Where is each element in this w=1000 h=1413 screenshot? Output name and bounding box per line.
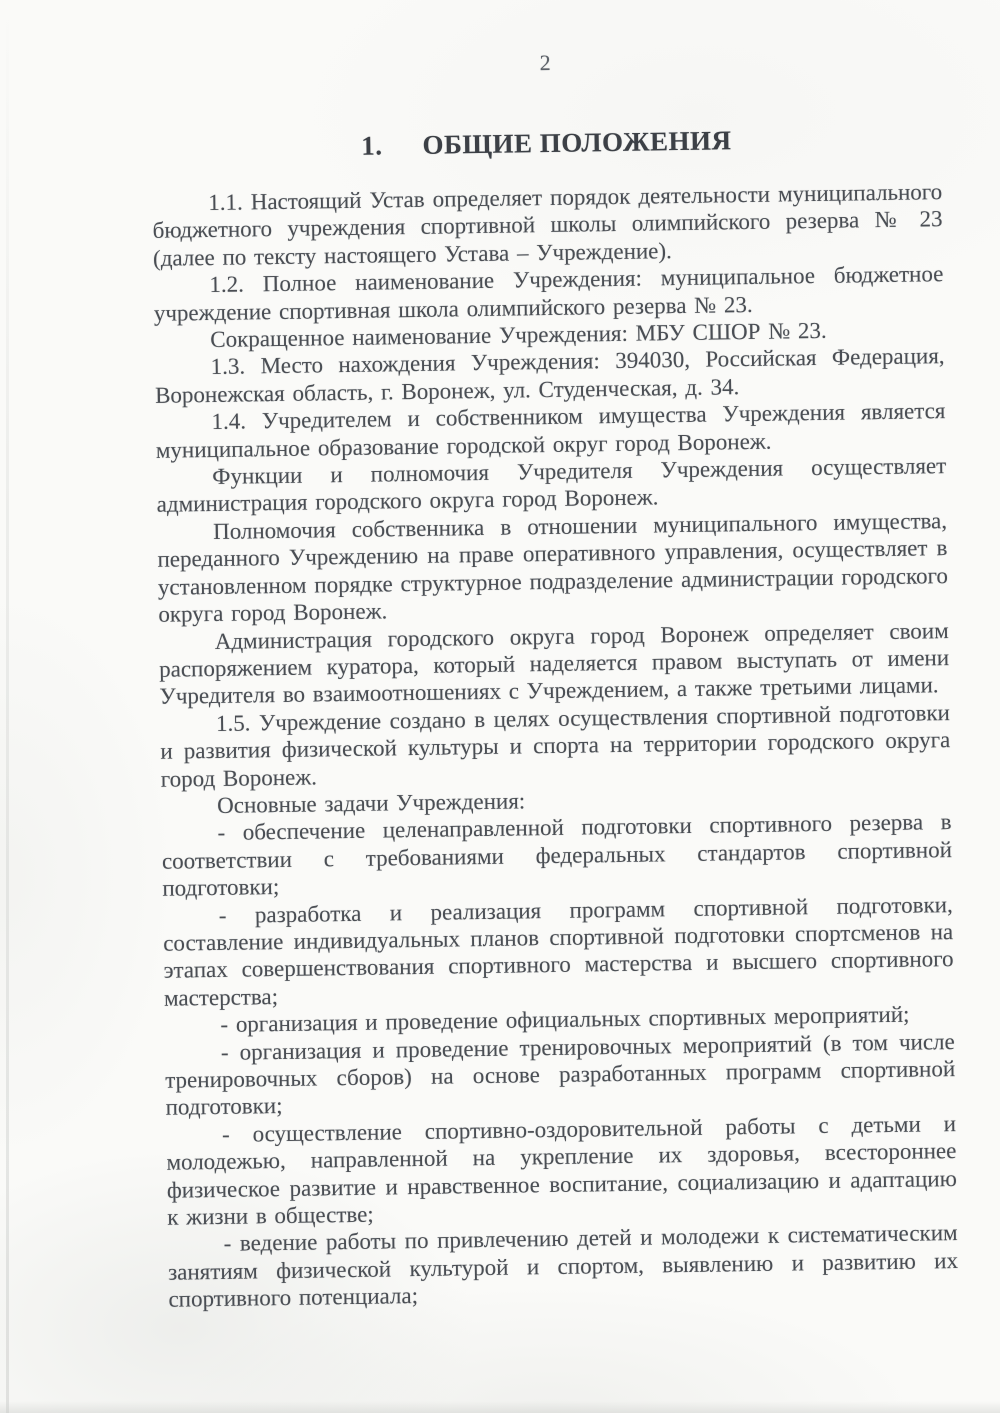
paragraph: - обеспечение целенаправленной подготовк… xyxy=(161,808,952,902)
paragraph: - разработка и реализация программ спорт… xyxy=(163,891,955,1012)
paragraph: Полномочия собственника в отношении муни… xyxy=(157,507,949,628)
paragraph: 1.1. Настоящий Устав определяет порядок … xyxy=(152,178,943,272)
document-body: 1.1. Настоящий Устав определяет порядок … xyxy=(152,178,959,1313)
paragraph: 1.5. Учреждение создано в целях осуществ… xyxy=(160,699,951,793)
section-heading-number: 1. xyxy=(361,128,383,162)
section-heading-title: ОБЩИЕ ПОЛОЖЕНИЯ xyxy=(422,123,732,162)
page-number: 2 xyxy=(150,44,940,82)
section-heading: 1. ОБЩИЕ ПОЛОЖЕНИЯ xyxy=(151,120,941,166)
paragraph: Администрация городского округа город Во… xyxy=(159,617,950,711)
scan-page-edge-left xyxy=(6,0,9,1413)
paragraph: - осуществление спортивно-оздоровительно… xyxy=(166,1110,958,1231)
scan-content: 2 1. ОБЩИЕ ПОЛОЖЕНИЯ 1.1. Настоящий Уста… xyxy=(150,44,959,1313)
paragraph: - организация и проведение тренировочных… xyxy=(165,1028,956,1122)
paragraph: - ведение работы по привлечению детей и … xyxy=(167,1219,958,1313)
document-page: 2 1. ОБЩИЕ ПОЛОЖЕНИЯ 1.1. Настоящий Уста… xyxy=(0,0,1000,1413)
scan-page-edge-bottom xyxy=(0,1401,1000,1413)
